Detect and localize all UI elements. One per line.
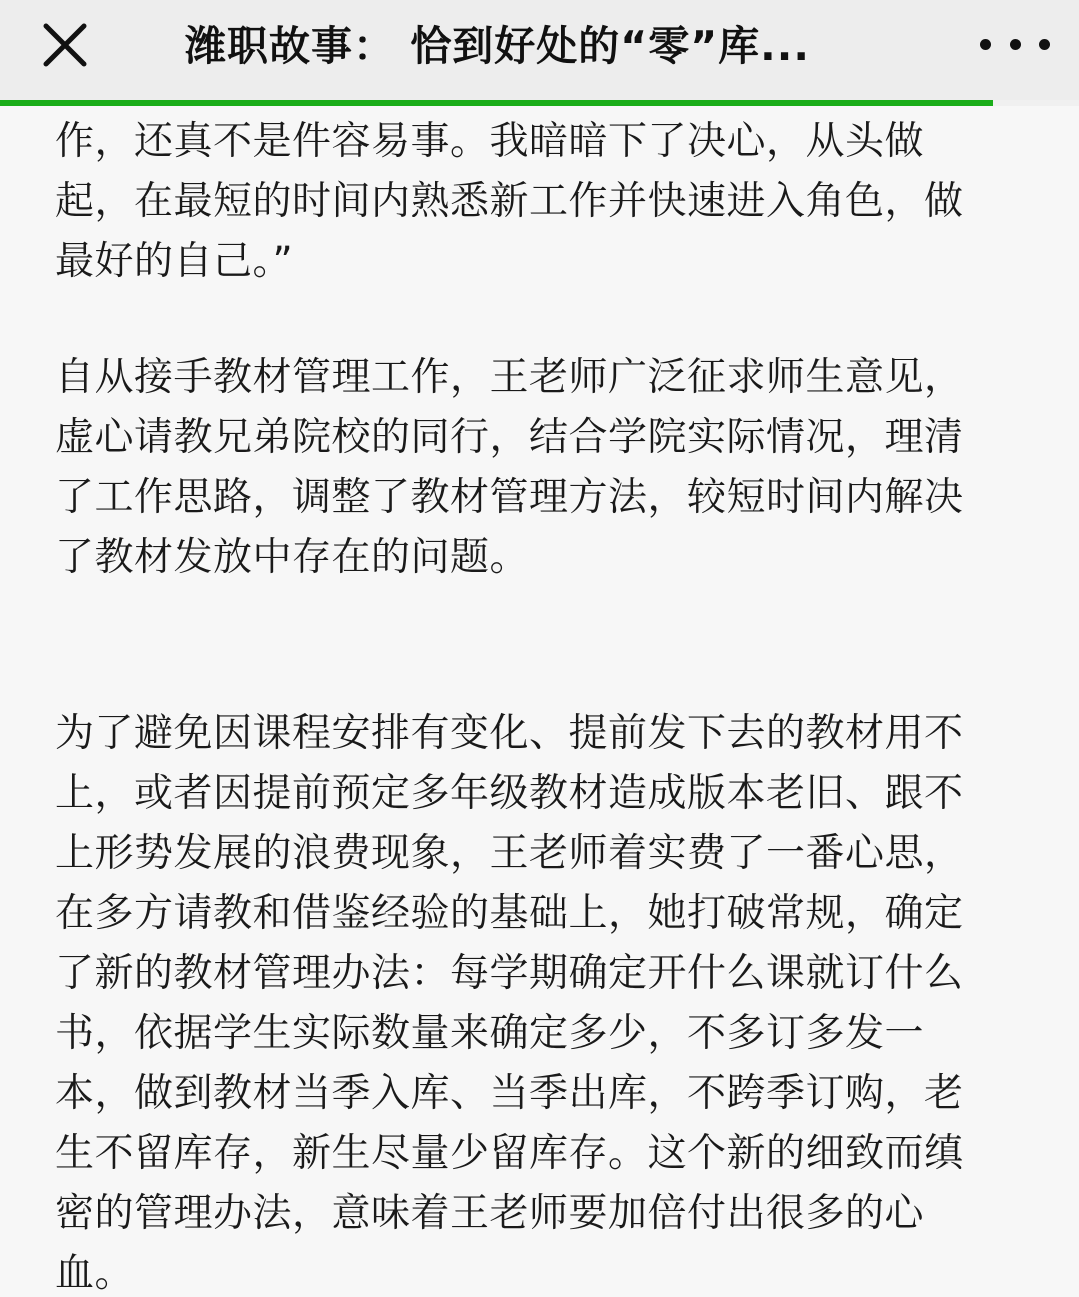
text-line: 上，或者因提前预定多年级教材造成版本老旧、跟不 [55, 764, 1025, 824]
text-line: 虚心请教兄弟院校的同行，结合学院实际情况，理清 [55, 408, 1025, 468]
text-line: 起，在最短的时间内熟悉新工作并快速进入角色，做 [55, 172, 1025, 232]
more-dots-icon [980, 39, 991, 50]
text-line: 生不留库存，新生尽量少留库存。这个新的细致而缜 [55, 1124, 1025, 1184]
text-line: 本，做到教材当季入库、当季出库，不跨季订购，老 [55, 1064, 1025, 1124]
article-body: 作，还真不是件容易事。我暗暗下了决心，从头做 起，在最短的时间内熟悉新工作并快速… [55, 112, 1025, 1297]
text-line: 为了避免因课程安排有变化、提前发下去的教材用不 [55, 704, 1025, 764]
text-line: 书，依据学生实际数量来确定多少，不多订多发一 [55, 1004, 1025, 1064]
text-line: 了教材发放中存在的问题。 [55, 528, 1025, 588]
text-line: 了新的教材管理办法：每学期确定开什么课就订什么 [55, 944, 1025, 1004]
loading-progress-bar [0, 100, 1079, 106]
text-line: 上形势发展的浪费现象，王老师着实费了一番心思， [55, 824, 1025, 884]
text-line: 密的管理办法，意味着王老师要加倍付出很多的心 [55, 1184, 1025, 1244]
article-paragraph: 作，还真不是件容易事。我暗暗下了决心，从头做 起，在最短的时间内熟悉新工作并快速… [55, 112, 1025, 292]
text-line: 血。 [55, 1244, 1025, 1297]
more-dots-icon [1010, 39, 1021, 50]
text-line: 作，还真不是件容易事。我暗暗下了决心，从头做 [55, 112, 1025, 172]
article-paragraph: 自从接手教材管理工作，王老师广泛征求师生意见， 虚心请教兄弟院校的同行，结合学院… [55, 348, 1025, 588]
paragraph-spacer [55, 292, 1025, 348]
page-title: 潍职故事： 恰到好处的“零”库... [185, 18, 905, 74]
close-button[interactable] [40, 20, 90, 70]
article-paragraph: 为了避免因课程安排有变化、提前发下去的教材用不 上，或者因提前预定多年级教材造成… [55, 704, 1025, 1297]
more-dots-icon [1039, 39, 1050, 50]
top-bar: 潍职故事： 恰到好处的“零”库... [0, 0, 1079, 100]
paragraph-spacer [55, 588, 1025, 704]
text-line: 最好的自己。” [55, 232, 1025, 292]
text-line: 在多方请教和借鉴经验的基础上，她打破常规，确定 [55, 884, 1025, 944]
loading-progress-fill [0, 100, 993, 106]
text-line: 自从接手教材管理工作，王老师广泛征求师生意见， [55, 348, 1025, 408]
close-icon [40, 20, 90, 70]
text-line: 了工作思路，调整了教材管理方法，较短时间内解决 [55, 468, 1025, 528]
more-options-button[interactable] [980, 22, 1050, 66]
